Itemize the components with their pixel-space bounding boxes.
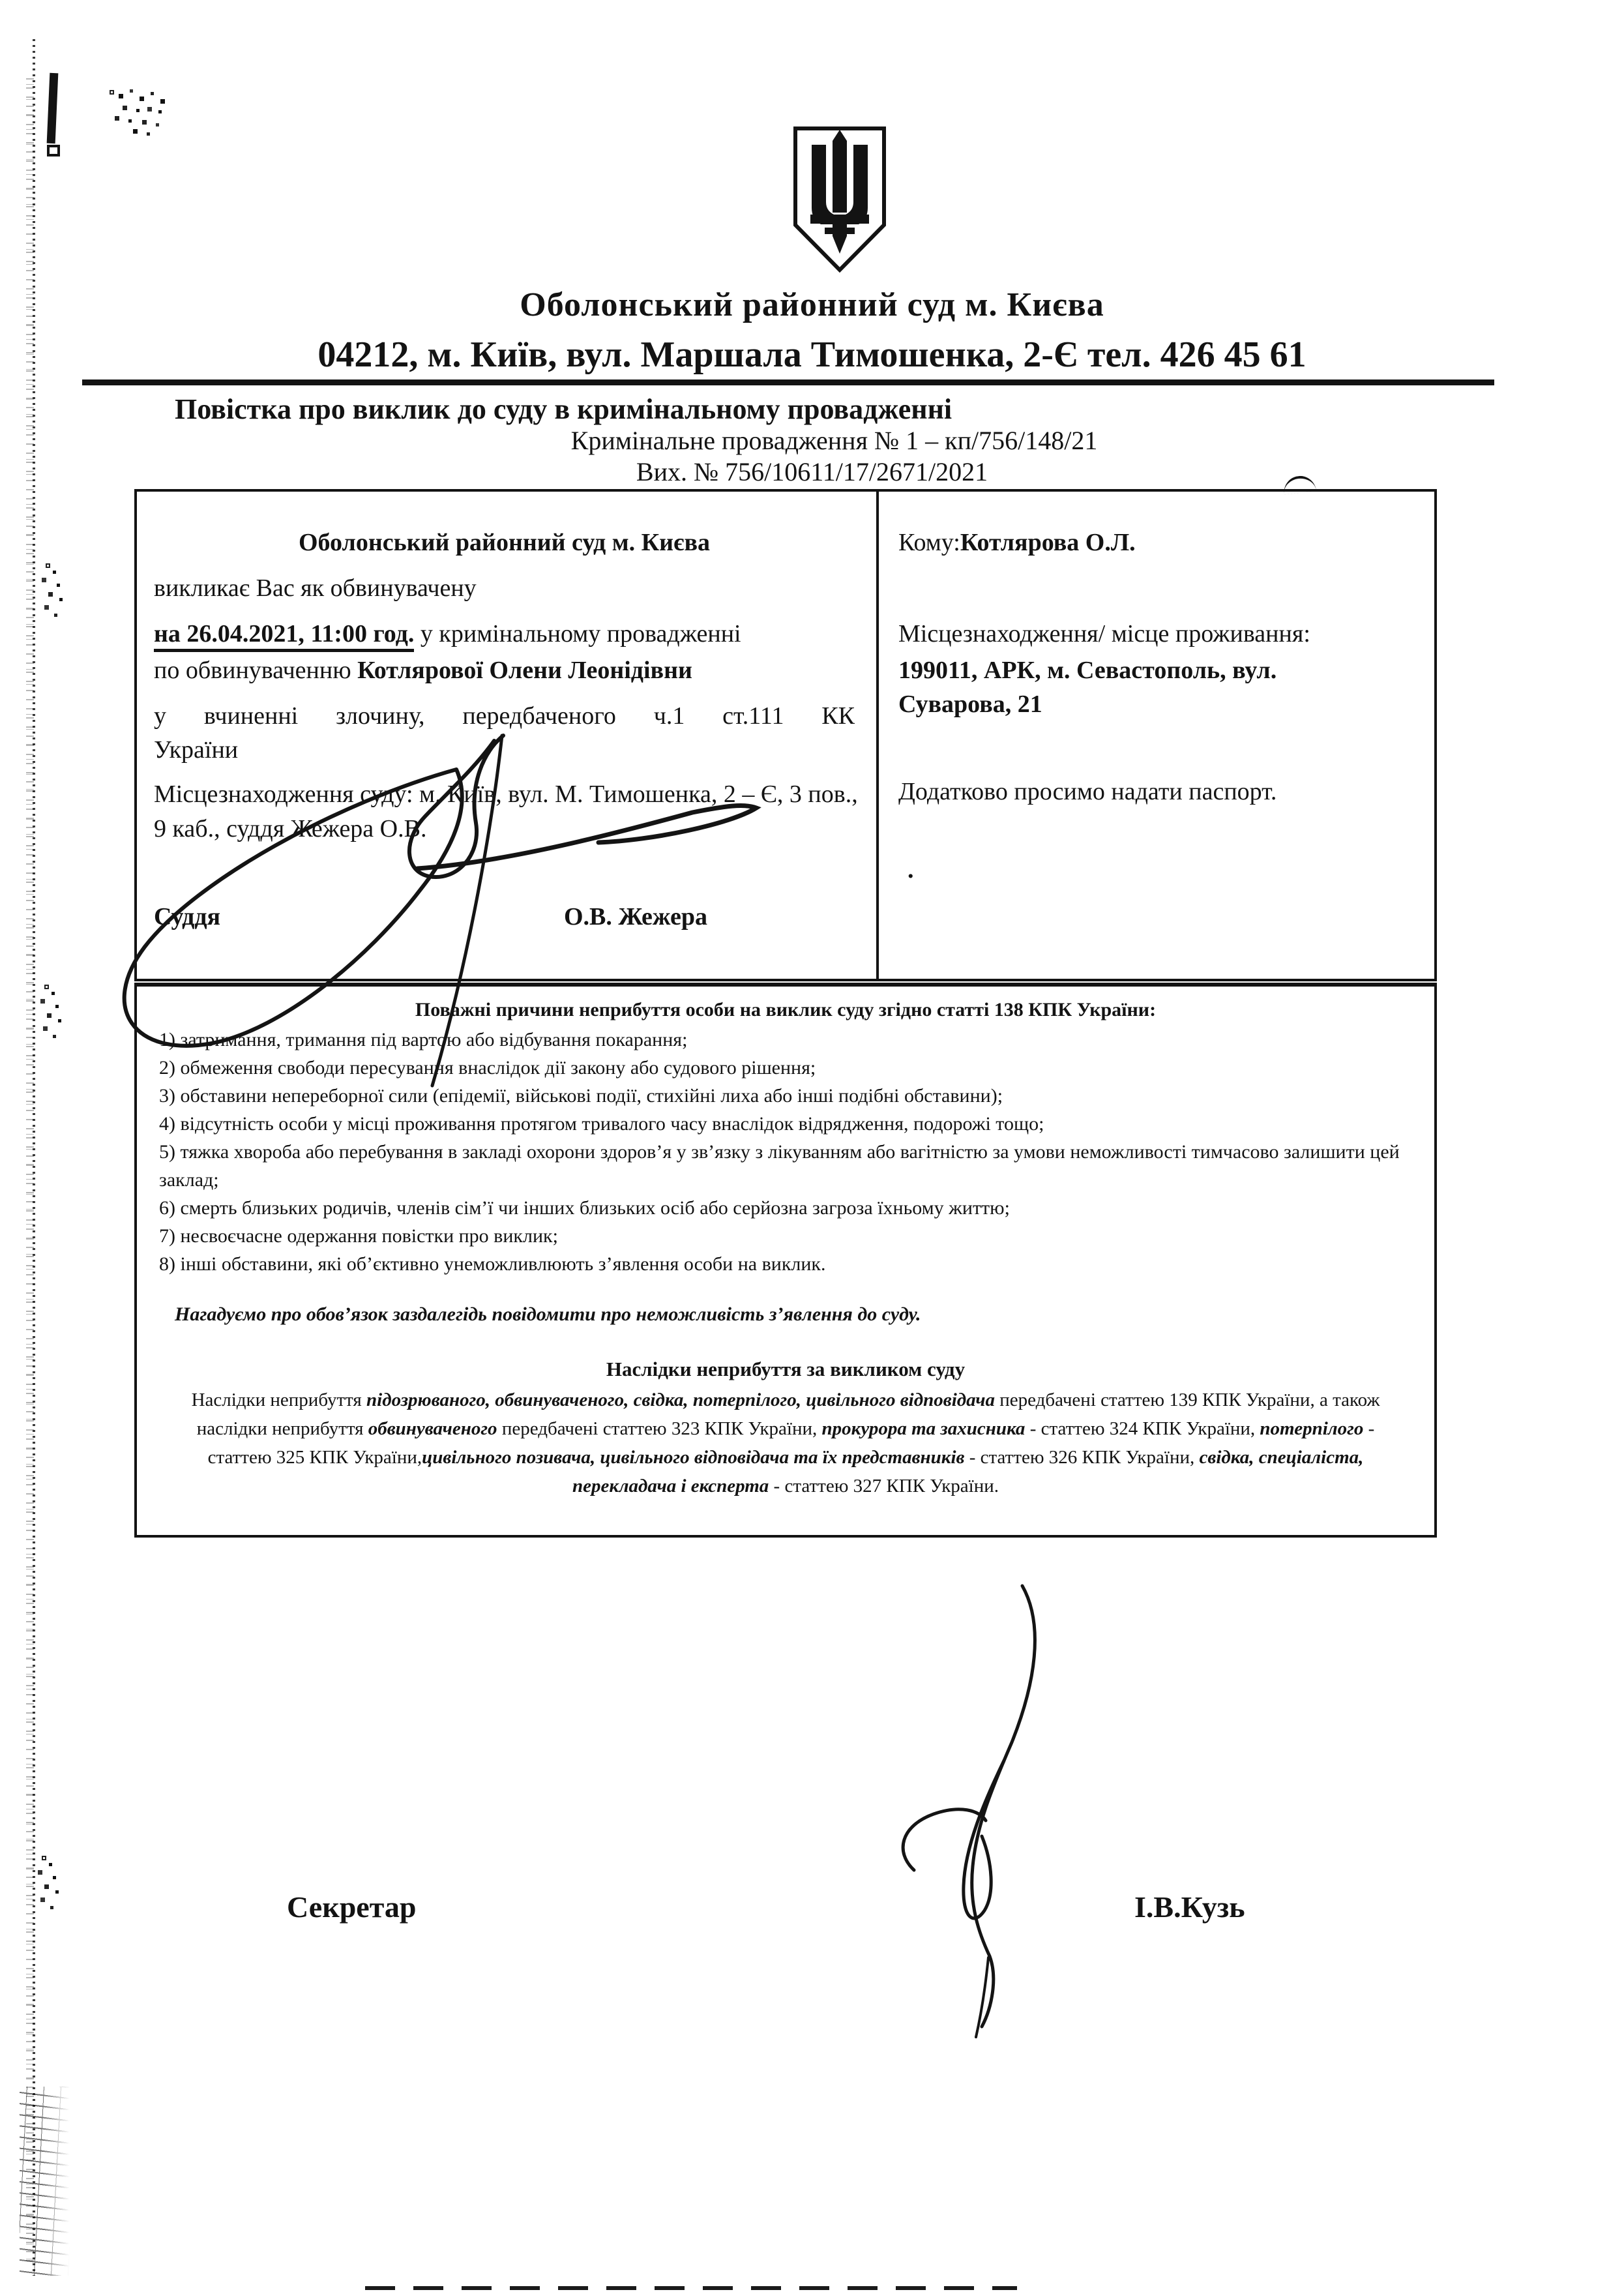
recipient-label: Кому: bbox=[898, 529, 960, 556]
reason-item-1: 1) затримання, тримання під вартою або в… bbox=[159, 1026, 1412, 1054]
reason-item-5: 5) тяжка хвороба або перебування в закла… bbox=[159, 1138, 1412, 1194]
recipient-line: Кому:Котлярова О.Л. bbox=[898, 528, 1136, 557]
consequences-paragraph: Наслідки неприбуття підозрюваного, обвин… bbox=[173, 1386, 1398, 1500]
outgoing-ref-number: Вих. № 756/10611/17/2671/2021 bbox=[0, 456, 1624, 487]
scan-noise-cluster-bottom bbox=[20, 2087, 78, 2276]
scan-ink-stroke-artifact bbox=[47, 73, 59, 143]
valid-reasons-box: Поважні причини неприбуття особи на викл… bbox=[134, 983, 1437, 1538]
court-address-line: 04212, м. Київ, вул. Маршала Тимошенка, … bbox=[0, 334, 1624, 376]
court-name-header: Оболонський районний суд м. Києва bbox=[0, 286, 1624, 324]
header-rule bbox=[82, 380, 1494, 385]
scan-edge-speckle-band bbox=[26, 78, 34, 2269]
consequences-heading: Наслідки неприбуття за викликом суду bbox=[159, 1356, 1412, 1383]
advance-notice-reminder: Нагадуємо про обов’язок заздалегідь пові… bbox=[159, 1300, 1412, 1328]
accused-person-name: Котлярової Олени Леонідівни bbox=[357, 657, 692, 684]
stray-dot-mark: . bbox=[908, 856, 914, 884]
hearing-date-value: на 26.04.2021, 11:00 год. bbox=[154, 620, 414, 652]
document-title: Повістка про виклик до суду в кримінальн… bbox=[175, 393, 952, 426]
reason-item-2: 2) обмеження свободи пересування внаслід… bbox=[159, 1054, 1412, 1082]
secretary-signature bbox=[903, 1586, 1035, 2037]
summoning-court-name: Оболонський районний суд м. Києва bbox=[154, 528, 855, 557]
court-location-block: Місцезнаходження суду: м. Київ, вул. М. … bbox=[154, 777, 861, 846]
reason-item-4: 4) відсутність особи у місці проживання … bbox=[159, 1110, 1412, 1138]
secretary-label: Секретар bbox=[287, 1890, 416, 1924]
crime-description-line1: у вчиненні злочину, передбаченого ч.1 ст… bbox=[154, 702, 855, 730]
judge-name: О.В. Жежера bbox=[564, 902, 707, 931]
summons-table-divider bbox=[876, 489, 879, 981]
accusation-line: по обвинуваченню Котлярової Олени Леонід… bbox=[154, 656, 692, 685]
scan-noise-cluster-top bbox=[111, 91, 113, 93]
crime-description-line2: України bbox=[154, 736, 238, 764]
passport-note: Додатково просимо надати паспорт. bbox=[898, 777, 1277, 806]
reason-item-7: 7) несвоєчасне одержання повістки про ви… bbox=[159, 1222, 1412, 1250]
scan-noise-cluster-left-3 bbox=[43, 1857, 45, 1859]
judge-label: Суддя bbox=[154, 902, 220, 931]
hearing-date-rest: у кримінальному провадженні bbox=[414, 620, 741, 647]
reason-item-8: 8) інші обставини, які об’єктивно унемож… bbox=[159, 1250, 1412, 1278]
reason-item-6: 6) смерть близьких родичів, членів сім’ї… bbox=[159, 1194, 1412, 1222]
reason-item-3: 3) обставини непереборної сили (епідемії… bbox=[159, 1082, 1412, 1110]
summons-table-box bbox=[134, 489, 1437, 981]
recipient-name: Котлярова О.Л. bbox=[960, 529, 1136, 556]
scanned-court-summons-page: Оболонський районний суд м. Києва 04212,… bbox=[0, 0, 1624, 2292]
hearing-date-line: на 26.04.2021, 11:00 год. у кримінальном… bbox=[154, 619, 741, 648]
valid-reasons-title: Поважні причини неприбуття особи на викл… bbox=[159, 997, 1412, 1023]
accusation-prefix: по обвинуваченню bbox=[154, 657, 357, 684]
scan-bottom-edge-dashes bbox=[365, 2286, 1017, 2290]
ukraine-trident-emblem bbox=[790, 125, 889, 275]
criminal-case-number: Кримінальне провадження № 1 – кп/756/148… bbox=[22, 425, 1624, 456]
secretary-name: І.В.Кузь bbox=[1134, 1890, 1245, 1924]
summon-intro-line: викликає Вас як обвинувачену bbox=[154, 574, 477, 603]
residence-address-line1: 199011, АРК, м. Севастополь, вул. bbox=[898, 656, 1277, 685]
residence-address-line2: Суварова, 21 bbox=[898, 690, 1042, 719]
scan-ink-stroke-foot-artifact bbox=[47, 145, 60, 156]
scan-noise-cluster-left-2 bbox=[46, 986, 48, 988]
scan-noise-cluster-left-1 bbox=[47, 565, 49, 567]
residence-label: Місцезнаходження/ місце проживання: bbox=[898, 619, 1310, 648]
